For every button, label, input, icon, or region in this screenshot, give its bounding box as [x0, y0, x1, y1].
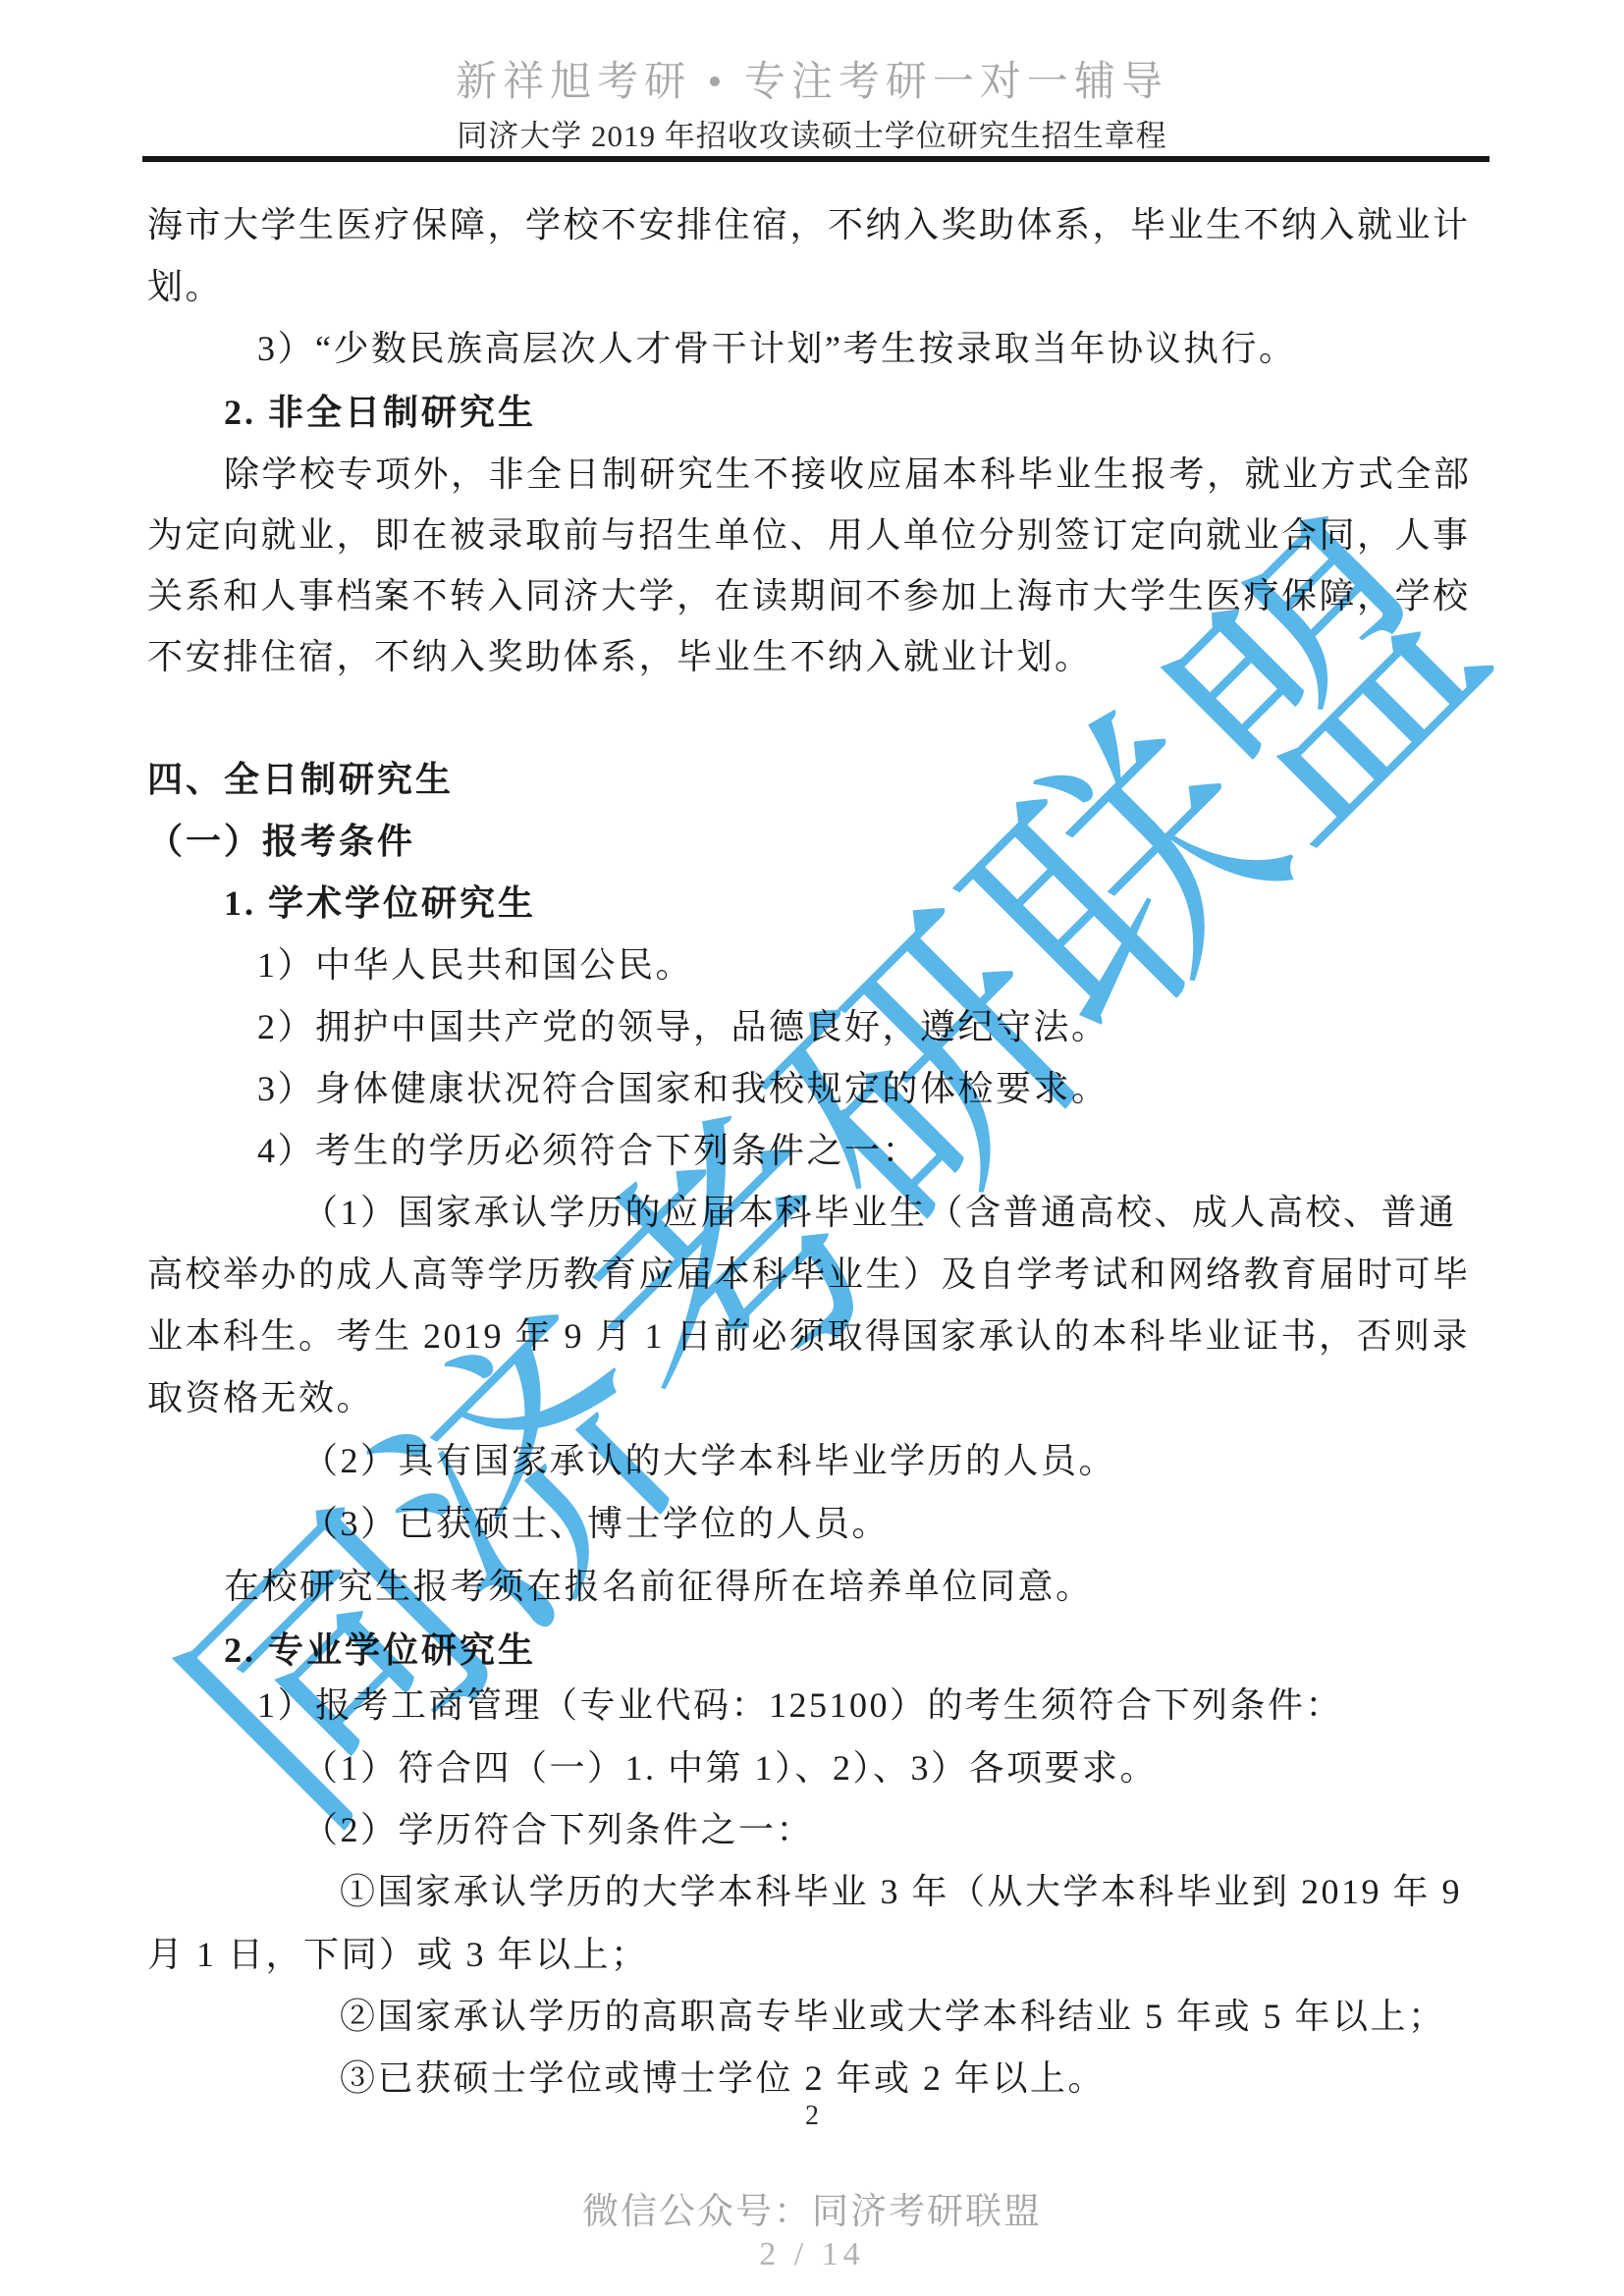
body-line: ①国家承认学历的大学本科毕业 3 年（从大学本科毕业到 2019 年 9	[147, 1868, 1624, 1915]
footer-wechat-account: 微信公众号：同济考研联盟	[0, 2181, 1624, 2234]
body-line: 海市大学生医疗保障，学校不安排住宿，不纳入奖助体系，毕业生不纳入就业计	[147, 201, 1492, 248]
body-line: 4）考生的学历必须符合下列条件之一：	[147, 1127, 1602, 1174]
header-rule	[142, 156, 1489, 162]
body-line: 月 1 日，下同）或 3 年以上；	[147, 1931, 1492, 1978]
header-brand: 新祥旭考研 • 专注考研一对一辅导	[0, 49, 1624, 108]
document-title: 同济大学 2019 年招收攻读硕士学位研究生招生章程	[0, 111, 1624, 155]
body-line: 划。	[147, 263, 1492, 310]
body-line: 1）报考工商管理（专业代码：125100）的考生须符合下列条件：	[147, 1682, 1602, 1729]
section-heading: 2. 非全日制研究生	[147, 389, 1569, 436]
body-line: 不安排住宿，不纳入奖助体系，毕业生不纳入就业计划。	[147, 633, 1492, 680]
page-number: 2	[0, 2101, 1624, 2132]
body-line: （3）已获硕士、博士学位的人员。	[147, 1500, 1624, 1547]
body-line: 取资格无效。	[147, 1374, 1492, 1421]
body-line: （2）具有国家承认的大学本科毕业学历的人员。	[147, 1437, 1624, 1484]
section-heading: 2. 专业学位研究生	[147, 1627, 1569, 1674]
section-heading: 四、全日制研究生	[147, 756, 1492, 803]
section-heading: （一）报考条件	[147, 818, 1492, 865]
body-line: 1）中华人民共和国公民。	[147, 941, 1602, 988]
body-line: 业本科生。考生 2019 年 9 月 1 日前必须取得国家承认的本科毕业证书，否…	[147, 1312, 1492, 1360]
body-line: （2）学历符合下列条件之一：	[147, 1806, 1624, 1853]
section-heading: 1. 学术学位研究生	[147, 880, 1569, 927]
body-line: 为定向就业，即在被录取前与招生单位、用人单位分别签订定向就业合同，人事	[147, 511, 1492, 559]
body-line: 2）拥护中国共产党的领导，品德良好，遵纪守法。	[147, 1003, 1602, 1050]
body-line: （1）符合四（一）1. 中第 1）、2）、3）各项要求。	[147, 1744, 1624, 1791]
body-line: ③已获硕士学位或博士学位 2 年或 2 年以上。	[147, 2055, 1624, 2102]
body-line: ②国家承认学历的高职高专毕业或大学本科结业 5 年或 5 年以上；	[147, 1993, 1624, 2040]
document-page: 新祥旭考研 • 专注考研一对一辅导 同济大学 2019 年招收攻读硕士学位研究生…	[0, 0, 1624, 2296]
body-line: 3）身体健康状况符合国家和我校规定的体检要求。	[147, 1065, 1602, 1112]
body-line: （1）国家承认学历的应届本科毕业生（含普通高校、成人高校、普通	[147, 1189, 1624, 1236]
body-line: 除学校专项外，非全日制研究生不接收应届本科毕业生报考，就业方式全部	[147, 451, 1569, 498]
footer-page-indicator: 2 / 14	[0, 2236, 1624, 2273]
body-line: 高校举办的成人高等学历教育应届本科毕业生）及自学考试和网络教育届时可毕	[147, 1251, 1492, 1298]
body-line: 3）“少数民族高层次人才骨干计划”考生按录取当年协议执行。	[147, 325, 1602, 372]
body-line: 关系和人事档案不转入同济大学，在读期间不参加上海市大学生医疗保障，学校	[147, 572, 1492, 619]
body-line: 在校研究生报考须在报名前征得所在培养单位同意。	[147, 1563, 1569, 1610]
